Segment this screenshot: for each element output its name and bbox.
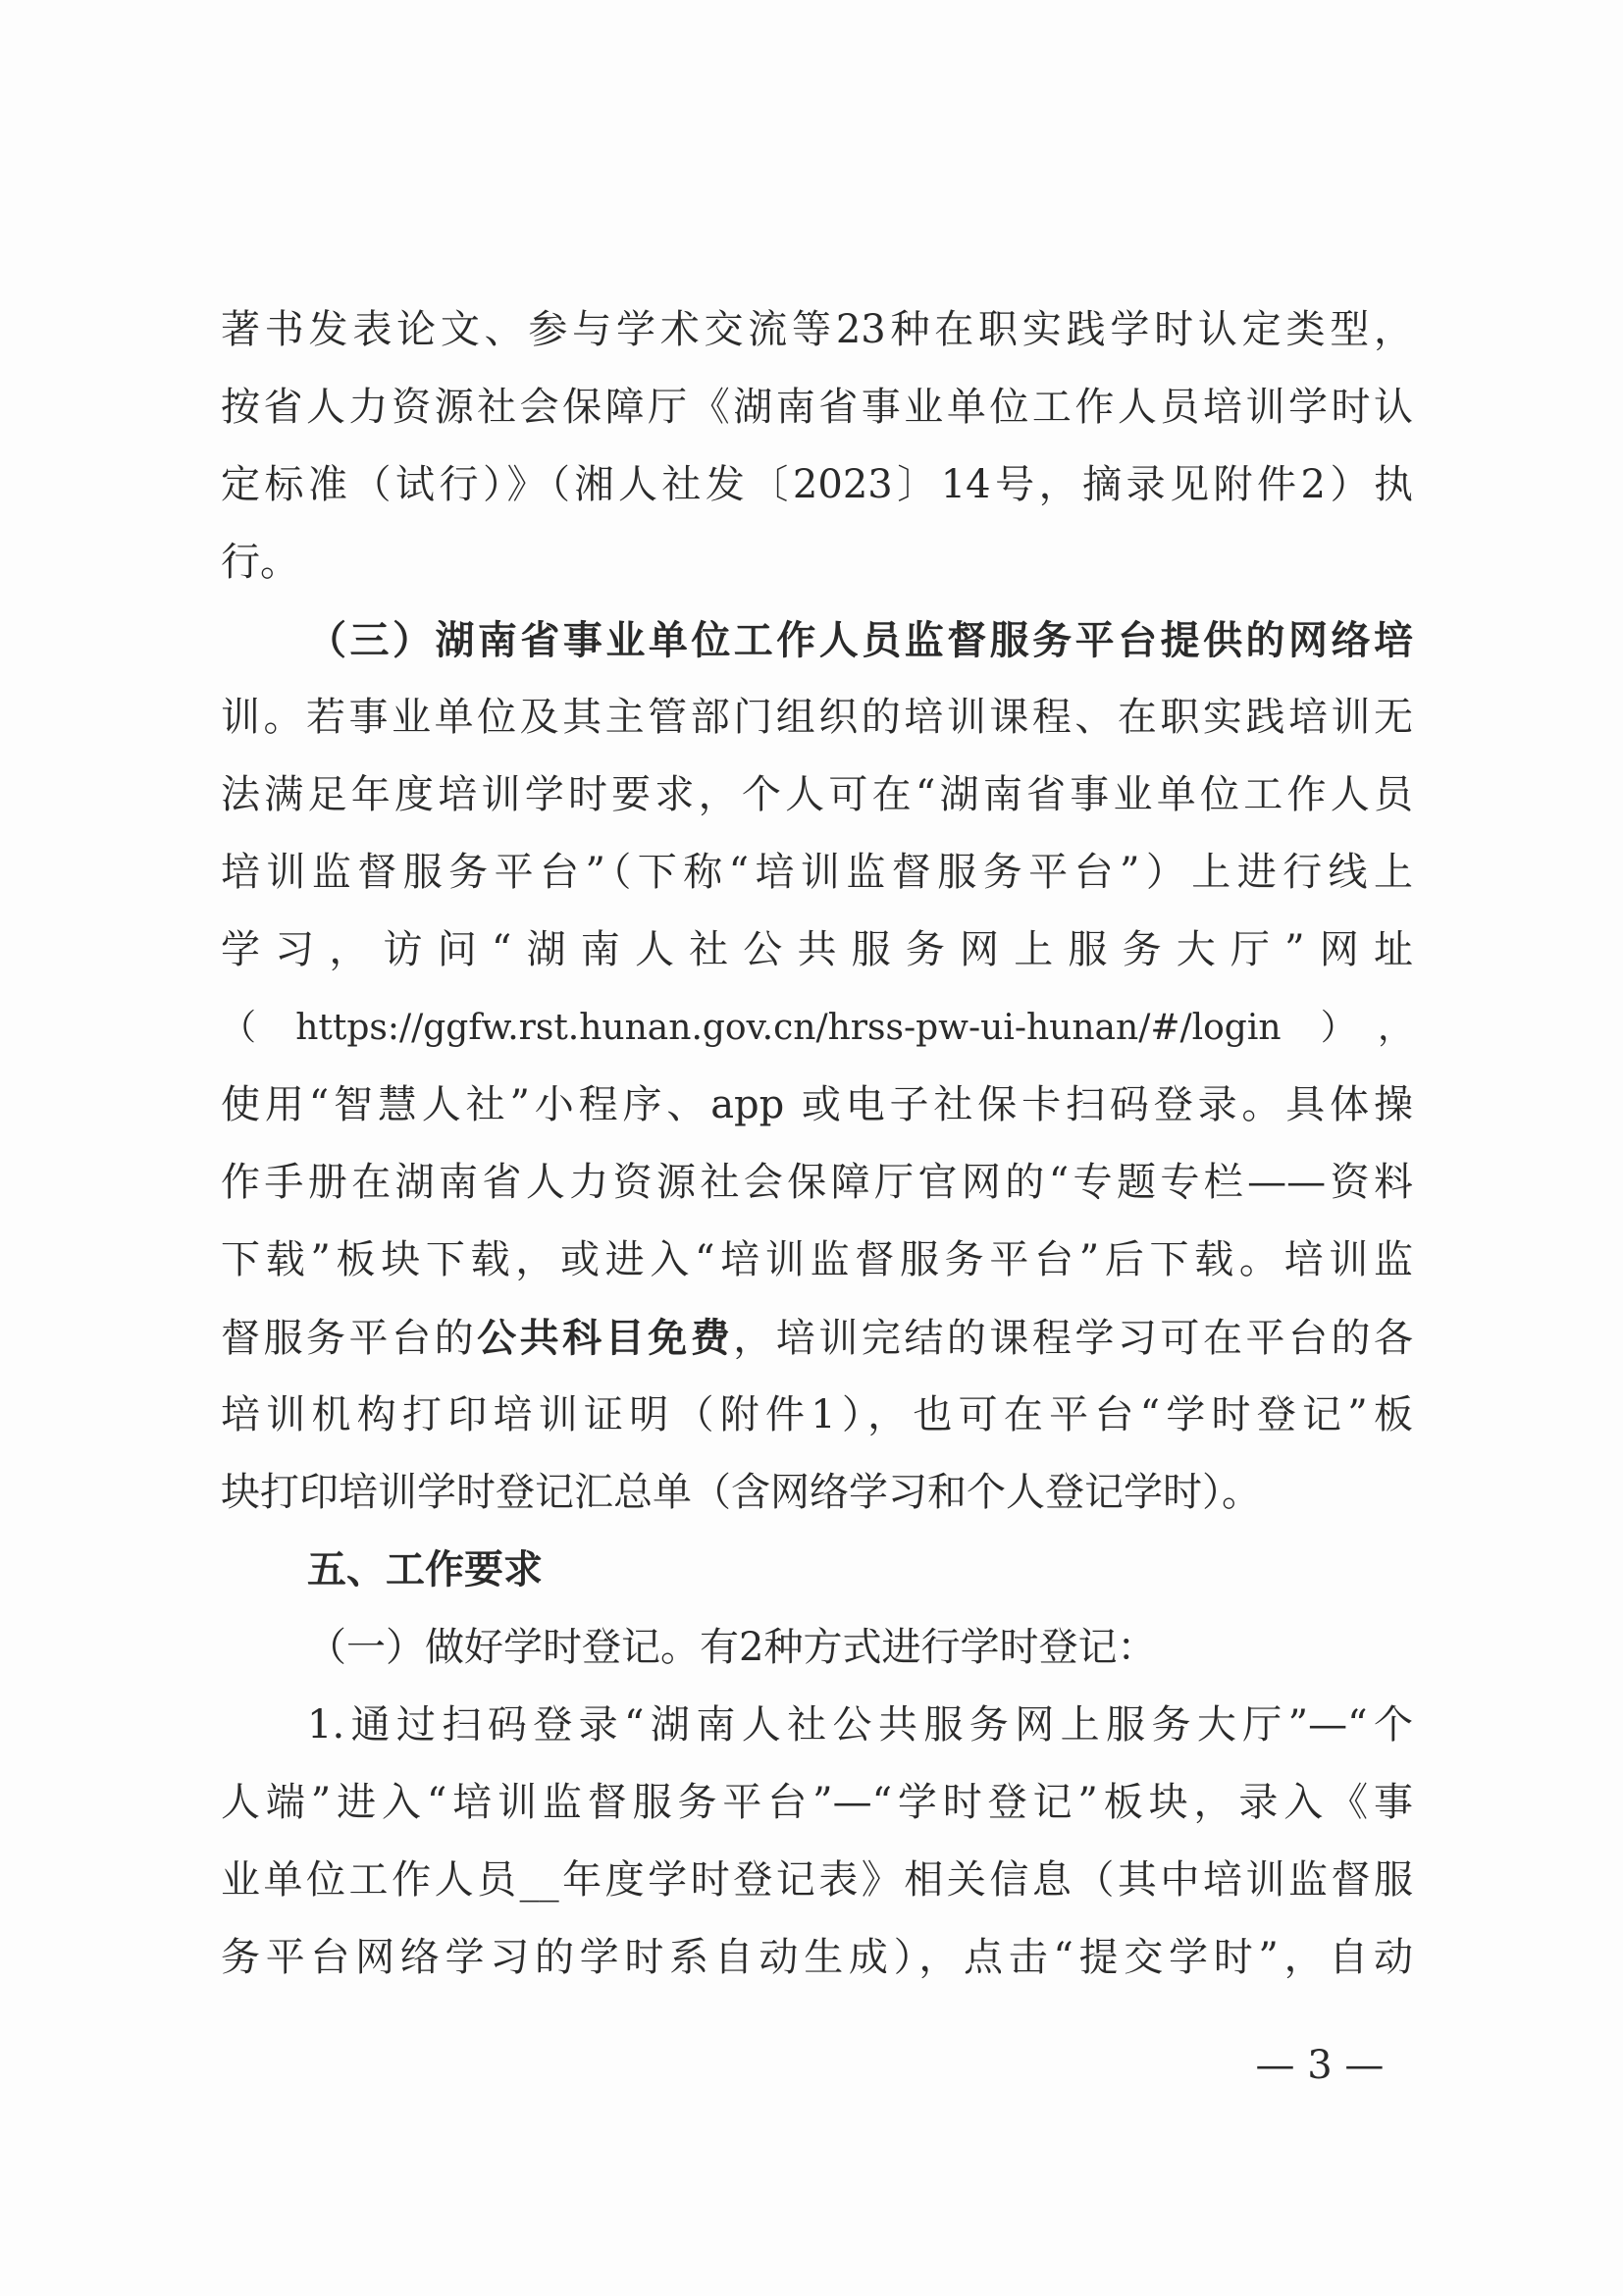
page-number: — 3 — bbox=[1241, 2036, 1398, 2095]
body-line: 业单位工作人员__年度学时登记表》相关信息（其中培训监督服 bbox=[221, 1842, 1413, 1919]
text-run: ，培训完结的课程学习可在平台的各 bbox=[733, 1316, 1413, 1361]
section-subheading: （三）湖南省事业单位工作人员监督服务平台提供的网络培 bbox=[307, 601, 1413, 679]
body-line: 下载”板块下载，或进入“培训监督服务平台”后下载。培训监 bbox=[221, 1222, 1413, 1299]
body-line: 著书发表论文、参与学术交流等23种在职实践学时认定类型， bbox=[221, 291, 1413, 369]
body-line: 定标准（试行）》（湘人社发〔2023〕14号，摘录见附件2）执 bbox=[221, 446, 1413, 524]
subsection-heading: （一）做好学时登记。有2种方式进行学时登记： bbox=[307, 1609, 1413, 1687]
text-run: 督服务平台的 bbox=[221, 1316, 477, 1361]
body-line: 培训监督服务平台”（下称“培训监督服务平台”）上进行线上 bbox=[221, 834, 1413, 912]
body-line: 使用“智慧人社”小程序、app 或电子社保卡扫码登录。具体操 bbox=[221, 1067, 1413, 1144]
section-heading: 五、工作要求 bbox=[307, 1532, 1413, 1609]
body-line: 行。 bbox=[221, 524, 1413, 601]
body-line: 务平台网络学习的学时系自动生成），点击“提交学时”，自动 bbox=[221, 1919, 1413, 1997]
body-line: 按省人力资源社会保障厅《湖南省事业单位工作人员培训学时认 bbox=[221, 369, 1413, 446]
body-line: 培训机构打印培训证明（附件1），也可在平台“学时登记”板 bbox=[221, 1377, 1413, 1454]
body-line: 学习，访问“湖南人社公共服务网上服务大厅”网址 bbox=[221, 912, 1413, 989]
body-line: 督服务平台的公共科目免费，培训完结的课程学习可在平台的各 bbox=[221, 1299, 1413, 1377]
body-line: 训。若事业单位及其主管部门组织的培训课程、在职实践培训无 bbox=[221, 679, 1413, 757]
url-line: （https://ggfw.rst.hunan.gov.cn/hrss-pw-u… bbox=[221, 989, 1413, 1067]
body-line: 作手册在湖南省人力资源社会保障厅官网的“专题专栏——资料 bbox=[221, 1144, 1413, 1222]
body-line: 块打印培训学时登记汇总单（含网络学习和个人登记学时）。 bbox=[221, 1454, 1413, 1532]
document-page: 著书发表论文、参与学术交流等23种在职实践学时认定类型， 按省人力资源社会保障厅… bbox=[0, 0, 1623, 2296]
body-line: 人端”进入“培训监督服务平台”—“学时登记”板块，录入《事 bbox=[221, 1764, 1413, 1842]
body-line: 1.通过扫码登录“湖南人社公共服务网上服务大厅”—“个 bbox=[307, 1687, 1413, 1764]
emphasis-text: 公共科目免费 bbox=[477, 1315, 733, 1361]
body-line: 法满足年度培训学时要求，个人可在“湖南省事业单位工作人员 bbox=[221, 757, 1413, 834]
